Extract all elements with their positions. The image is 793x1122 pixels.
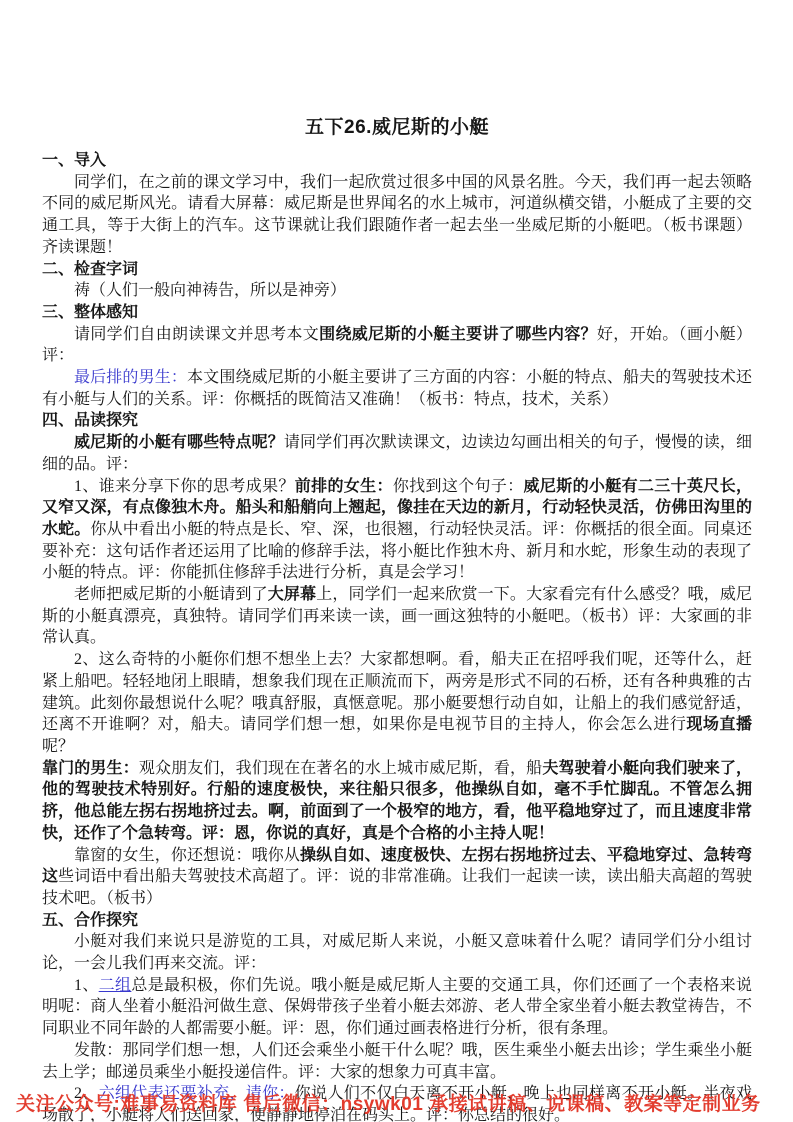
section-heading: 四、品读探究 <box>42 410 752 432</box>
paragraph: 发散：那同学们想一想，人们还会乘坐小艇干什么呢？哦，医生乘坐小艇去出诊；学生乘坐… <box>42 1040 752 1083</box>
body-text: 你找到这个句子： <box>393 478 524 495</box>
footer-promo-text: 关注公众号:难事易资料库 售后微信：nsywk01 承接试讲稿、说课稿、教案等定… <box>16 1093 783 1117</box>
emphasis-text: 威尼斯的小艇有哪些特点呢？ <box>74 434 284 451</box>
body-text: 呢？ <box>42 738 74 755</box>
paragraph: 靠门的男生：观众朋友们，我们现在在著名的水上城市威尼斯，看，船夫驾驶着小艇向我们… <box>42 758 752 845</box>
body-text: 老师把威尼斯的小艇请到了 <box>74 586 268 603</box>
paragraph: 最后排的男生：本文围绕威尼斯的小艇主要讲了三方面的内容：小艇的特点、船夫的驾驶技… <box>42 367 752 410</box>
body-text: 发散：那同学们想一想，人们还会乘坐小艇干什么呢？哦，医生乘坐小艇去出诊；学生乘坐… <box>42 1042 752 1081</box>
paragraph: 威尼斯的小艇有哪些特点呢？请同学们再次默读课文，边读边勾画出相关的句子，慢慢的读… <box>42 432 752 475</box>
paragraph: 祷（人们一般向神祷告，所以是神旁） <box>42 280 752 302</box>
emphasis-text: 大屏幕 <box>268 586 316 603</box>
section-heading: 五、合作探究 <box>42 910 752 932</box>
body-text: 1、 <box>74 977 99 994</box>
body-text: 小艇对我们来说只是游览的工具，对威尼斯人来说，小艇又意味着什么呢？请同学们分小组… <box>42 933 752 972</box>
paragraph: 1、二组总是最积极，你们先说。哦小艇是威尼斯人主要的交通工具，你们还画了一个表格… <box>42 975 752 1040</box>
section-heading: 一、导入 <box>42 150 752 172</box>
body-text: 观众朋友们，我们现在在著名的水上城市威尼斯，看，船 <box>139 760 542 777</box>
section-heading: 二、检查字词 <box>42 259 752 281</box>
document-blocks: 一、导入同学们，在之前的课文学习中，我们一起欣赏过很多中国的风景名胜。今天，我们… <box>42 150 752 1122</box>
section-heading: 三、整体感知 <box>42 302 752 324</box>
paragraph: 小艇对我们来说只是游览的工具，对威尼斯人来说，小艇又意味着什么呢？请同学们分小组… <box>42 931 752 974</box>
body-text: 请同学们自由朗读课文并思考本文 <box>74 326 319 343</box>
emphasis-text: 现场直播 <box>686 716 752 733</box>
body-text: 你从中看出小艇的特点是长、窄、深，也很翘，行动轻快灵活。评：你概括的很全面。同桌… <box>42 521 752 581</box>
speaker-label: 最后排的男生： <box>74 369 187 386</box>
body-text: 些词语中看出船夫驾驶技术高超了。评：说的非常准确。让我们一起读一读，读出船夫高超… <box>42 868 752 907</box>
page-title: 五下26.威尼斯的小艇 <box>42 114 752 142</box>
paragraph: 1、谁来分享下你的思考成果？前排的女生：你找到这个句子：威尼斯的小艇有二三十英尺… <box>42 476 752 585</box>
speaker-label: 二组 <box>99 977 132 994</box>
paragraph: 2、这么奇特的小艇你们想不想坐上去？大家都想啊。看，船夫正在招呼我们呢，还等什么… <box>42 649 752 758</box>
emphasis-text: 前排的女生： <box>295 478 393 495</box>
document-body: 五下26.威尼斯的小艇 一、导入同学们，在之前的课文学习中，我们一起欣赏过很多中… <box>42 114 752 1122</box>
paragraph: 靠窗的女生，你还想说：哦你从操纵自如、速度极快、左拐右拐地挤过去、平稳地穿过、急… <box>42 845 752 910</box>
body-text: 2、这么奇特的小艇你们想不想坐上去？大家都想啊。看，船夫正在招呼我们呢，还等什么… <box>42 651 752 733</box>
body-text: 1、谁来分享下你的思考成果？ <box>74 478 295 495</box>
document-page: 五下26.威尼斯的小艇 一、导入同学们，在之前的课文学习中，我们一起欣赏过很多中… <box>0 0 793 1122</box>
paragraph: 老师把威尼斯的小艇请到了大屏幕上，同学们一起来欣赏一下。大家看完有什么感受？哦，… <box>42 584 752 649</box>
body-text: 同学们，在之前的课文学习中，我们一起欣赏过很多中国的风景名胜。今天，我们再一起去… <box>42 174 752 256</box>
body-text: 总是最积极，你们先说。哦小艇是威尼斯人主要的交通工具，你们还画了一个表格来说明呢… <box>42 977 752 1037</box>
body-text: 祷（人们一般向神祷告，所以是神旁） <box>74 282 346 299</box>
emphasis-text: 围绕威尼斯的小艇主要讲了哪些内容？ <box>319 326 597 343</box>
paragraph: 同学们，在之前的课文学习中，我们一起欣赏过很多中国的风景名胜。今天，我们再一起去… <box>42 172 752 259</box>
body-text: 靠窗的女生，你还想说：哦你从 <box>74 847 300 864</box>
emphasis-text: 靠门的男生： <box>42 760 139 777</box>
paragraph: 请同学们自由朗读课文并思考本文围绕威尼斯的小艇主要讲了哪些内容？好，开始。（画小… <box>42 324 752 367</box>
